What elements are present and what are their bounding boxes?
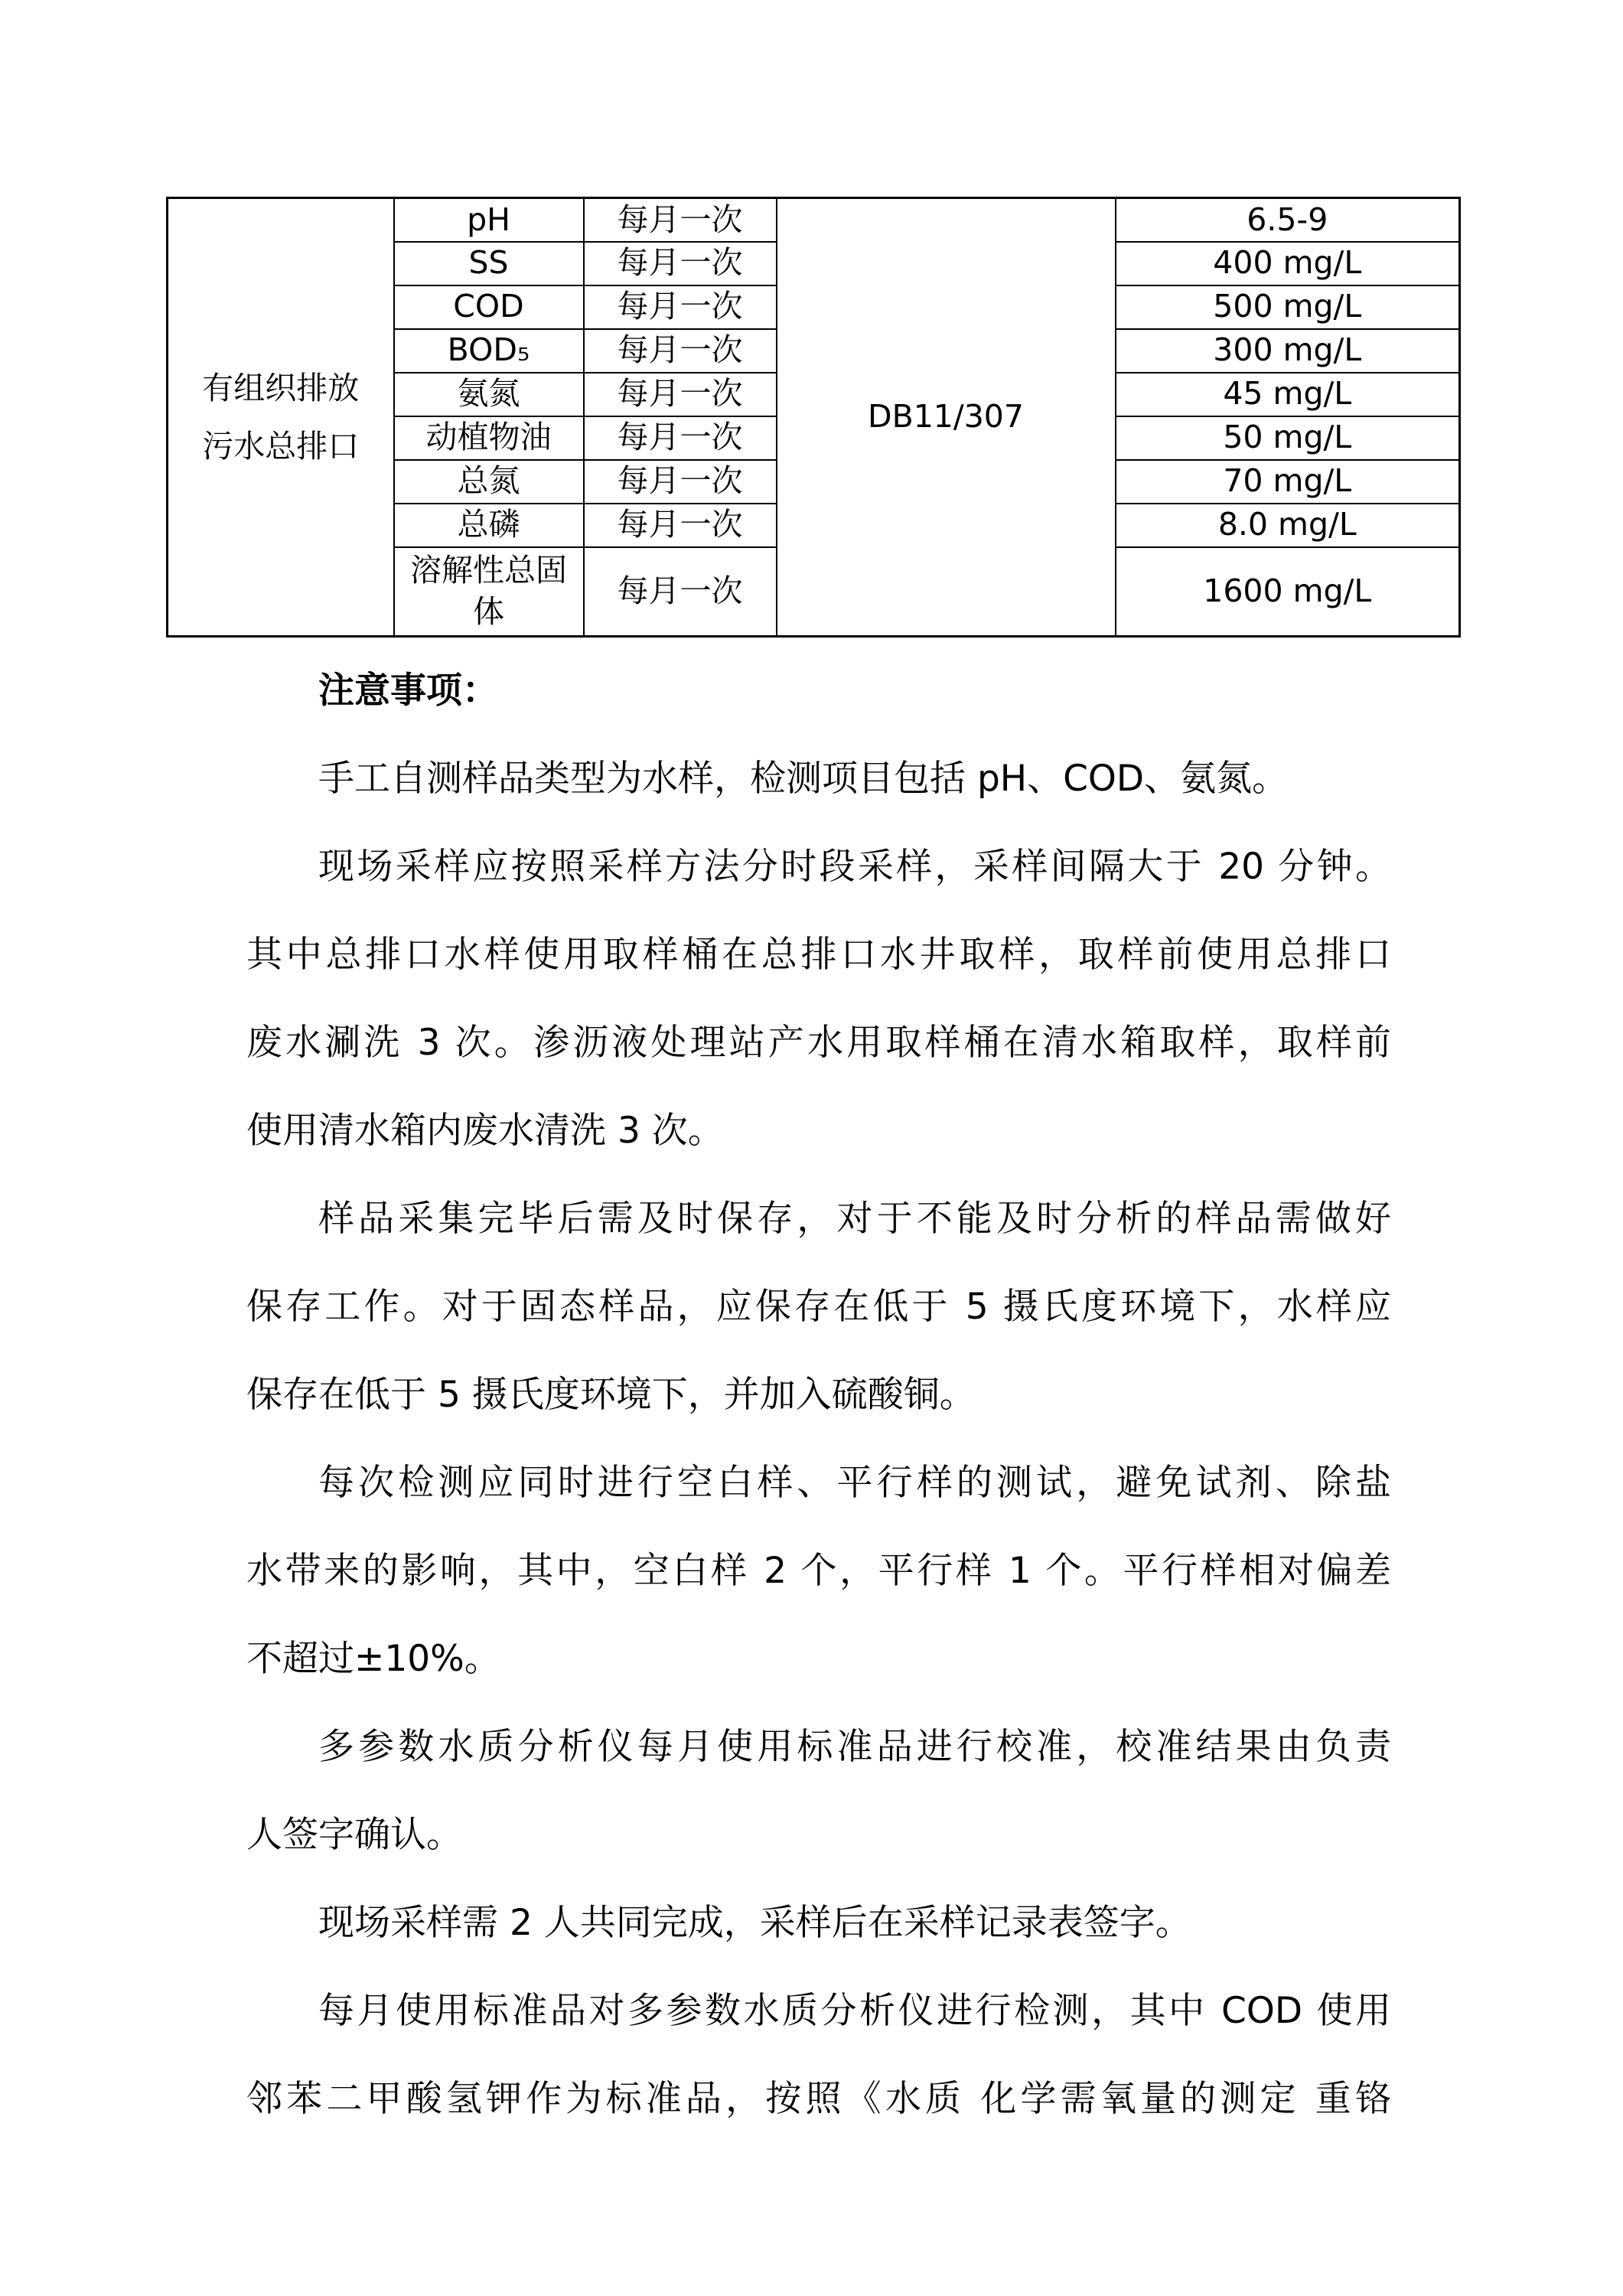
frequency-cell: 每月一次: [584, 547, 777, 637]
note-line: 保存在低于 5 摄氏度环境下，并加入硫酸铜。: [246, 1351, 1391, 1439]
limit-cell: 50 mg/L: [1116, 416, 1460, 460]
notes-lines: 手工自测样品类型为水样，检测项目包括 pH、COD、氨氮。现场采样应按照采样方法…: [246, 735, 1391, 2143]
note-line: 手工自测样品类型为水样，检测项目包括 pH、COD、氨氮。: [246, 735, 1391, 823]
parameter-cell: 氨氮: [394, 373, 584, 416]
frequency-cell: 每月一次: [584, 460, 777, 504]
parameter-cell: SS: [394, 242, 584, 285]
limit-cell: 300 mg/L: [1116, 329, 1460, 373]
note-line: 样品采集完毕后需及时保存，对于不能及时分析的样品需做好: [246, 1175, 1391, 1263]
note-line: 现场采样应按照采样方法分时段采样，采样间隔大于 20 分钟。: [246, 823, 1391, 911]
parameter-cell: BOD₅: [394, 329, 584, 373]
note-line: 人签字确认。: [246, 1791, 1391, 1879]
notes-section: 注意事项： 手工自测样品类型为水样，检测项目包括 pH、COD、氨氮。现场采样应…: [246, 647, 1391, 2143]
limit-cell: 500 mg/L: [1116, 285, 1460, 329]
frequency-cell: 每月一次: [584, 416, 777, 460]
frequency-cell: 每月一次: [584, 242, 777, 285]
table-row: 有组织排放污水总排口pH每月一次DB11/3076.5-9: [168, 198, 1460, 242]
notes-heading: 注意事项：: [246, 647, 1391, 735]
limit-cell: 45 mg/L: [1116, 373, 1460, 416]
limit-cell: 8.0 mg/L: [1116, 504, 1460, 547]
note-line: 多参数水质分析仪每月使用标准品进行校准，校准结果由负责: [246, 1703, 1391, 1791]
limit-cell: 70 mg/L: [1116, 460, 1460, 504]
note-line: 现场采样需 2 人共同完成，采样后在采样记录表签字。: [246, 1879, 1391, 1967]
note-line: 邻苯二甲酸氢钾作为标准品，按照《水质 化学需氧量的测定 重铬: [246, 2055, 1391, 2143]
frequency-cell: 每月一次: [584, 198, 777, 242]
note-line: 每次检测应同时进行空白样、平行样的测试，避免试剂、除盐: [246, 1439, 1391, 1527]
parameter-cell: 动植物油: [394, 416, 584, 460]
document-page: 有组织排放污水总排口pH每月一次DB11/3076.5-9SS每月一次400 m…: [0, 0, 1623, 2296]
limit-cell: 1600 mg/L: [1116, 547, 1460, 637]
frequency-cell: 每月一次: [584, 373, 777, 416]
parameter-cell: 溶解性总固体: [394, 547, 584, 637]
outfall-label-line: 有组织排放: [174, 359, 387, 417]
parameter-cell: COD: [394, 285, 584, 329]
note-line: 不超过±10%。: [246, 1615, 1391, 1703]
limit-cell: 6.5-9: [1116, 198, 1460, 242]
parameter-cell: 总氮: [394, 460, 584, 504]
standard-cell: DB11/307: [777, 198, 1116, 637]
outfall-cell: 有组织排放污水总排口: [168, 198, 394, 637]
frequency-cell: 每月一次: [584, 504, 777, 547]
monitoring-table: 有组织排放污水总排口pH每月一次DB11/3076.5-9SS每月一次400 m…: [166, 197, 1461, 638]
note-line: 每月使用标准品对多参数水质分析仪进行检测，其中 COD 使用: [246, 1967, 1391, 2055]
note-line: 保存工作。对于固态样品，应保存在低于 5 摄氏度环境下，水样应: [246, 1263, 1391, 1351]
note-line: 水带来的影响，其中，空白样 2 个，平行样 1 个。平行样相对偏差: [246, 1527, 1391, 1615]
parameter-cell: pH: [394, 198, 584, 242]
parameter-cell: 总磷: [394, 504, 584, 547]
frequency-cell: 每月一次: [584, 329, 777, 373]
note-line: 其中总排口水样使用取样桶在总排口水井取样，取样前使用总排口: [246, 911, 1391, 999]
note-line: 使用清水箱内废水清洗 3 次。: [246, 1087, 1391, 1175]
outfall-label-line: 污水总排口: [174, 417, 387, 475]
limit-cell: 400 mg/L: [1116, 242, 1460, 285]
note-line: 废水涮洗 3 次。渗沥液处理站产水用取样桶在清水箱取样，取样前: [246, 999, 1391, 1087]
frequency-cell: 每月一次: [584, 285, 777, 329]
